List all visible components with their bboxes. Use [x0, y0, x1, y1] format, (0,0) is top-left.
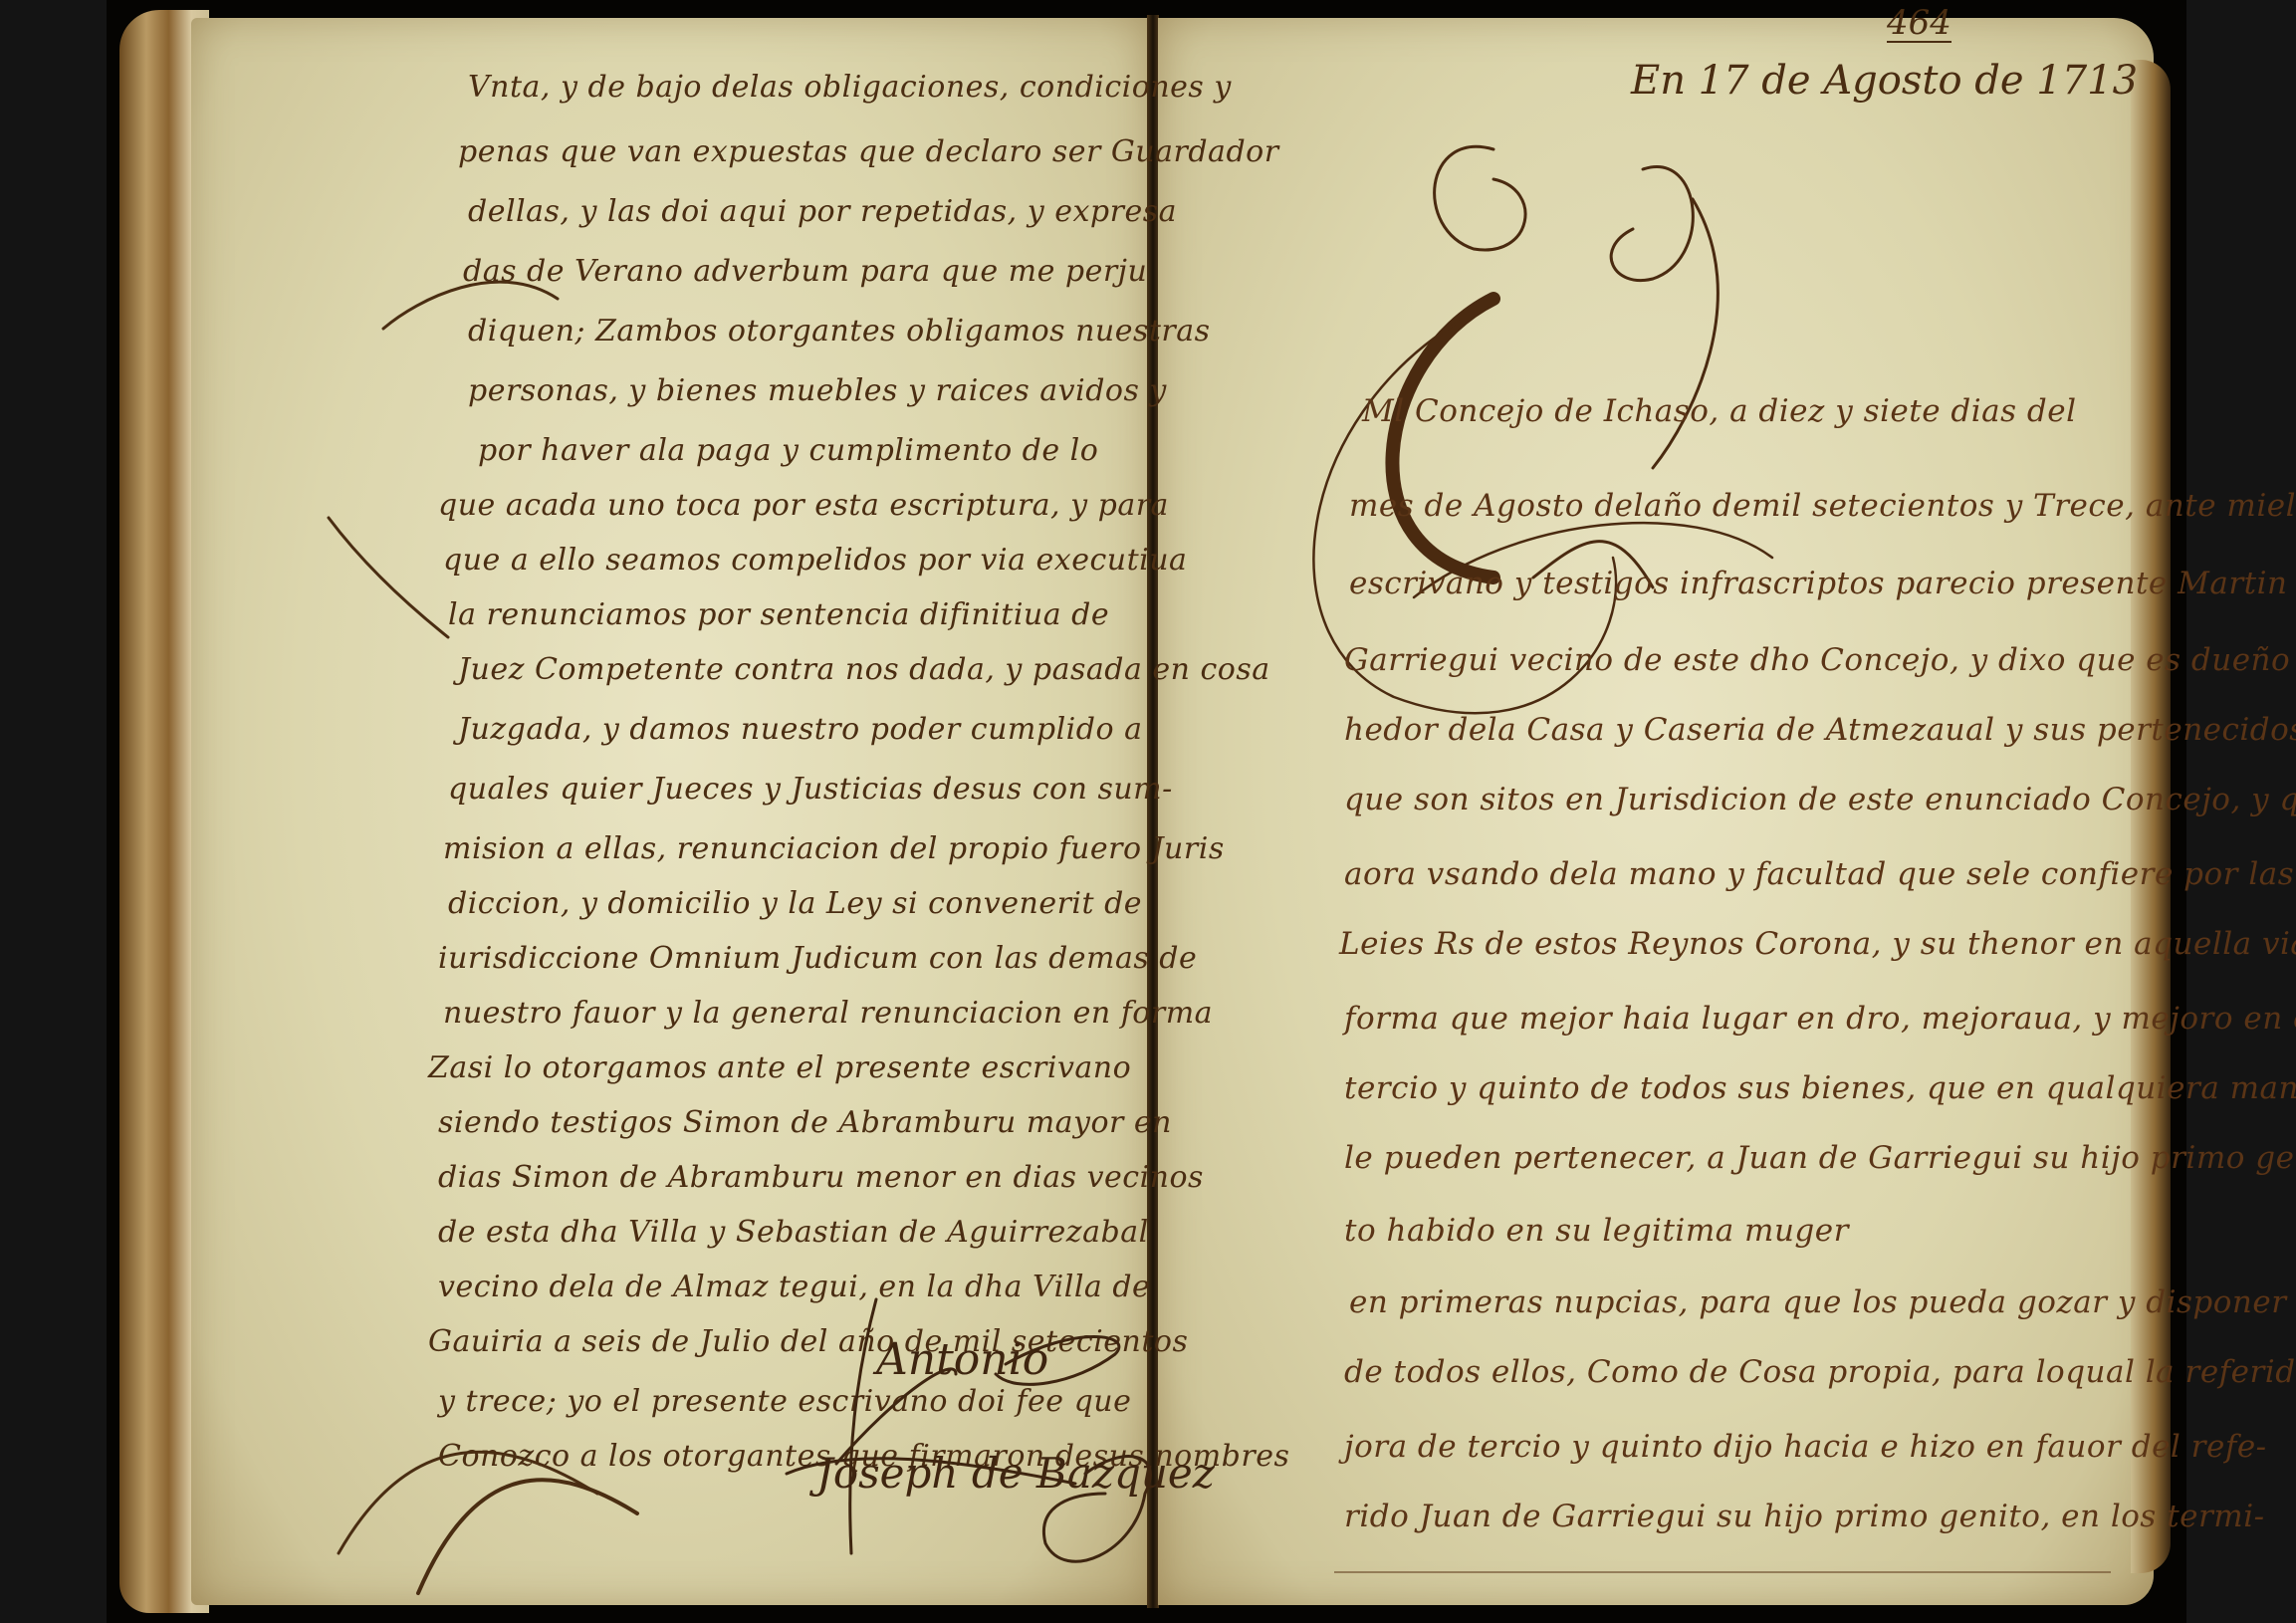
manuscript-line: to habido en su legitima muger	[1344, 1213, 1849, 1249]
signature-antonio: Antonio	[876, 1334, 1048, 1385]
manuscript-line: escrivano y testigos infrascriptos parec…	[1349, 566, 2296, 601]
manuscript-line: rido Juan de Garriegui su hijo primo gen…	[1344, 1499, 2265, 1534]
manuscript-line: en primeras nupcias, para que los pueda …	[1349, 1284, 2287, 1320]
manuscript-line: que son sitos en Jurisdicion de este enu…	[1344, 782, 2296, 817]
heading-date: En 17 de Agosto de 1713	[1631, 58, 2138, 104]
manuscript-line: hedor dela Casa y Caseria de Atmezaual y…	[1344, 712, 2296, 748]
signature-joseph: Joseph de Bazquez	[816, 1449, 1215, 1498]
manuscript-line: forma que mejor haia lugar en dro, mejor…	[1344, 1001, 2296, 1037]
manuscript-line: aora vsando dela mano y facultad que sel…	[1344, 856, 2294, 892]
manuscript-line: de todos ellos, Como de Cosa propia, par…	[1344, 1354, 2296, 1390]
manuscript-line: Ml Concejo de Ichaso, a diez y siete dia…	[1362, 393, 2077, 429]
manuscript-line: Leies Rs de estos Reynos Corona, y su th…	[1339, 926, 2296, 962]
manuscript-line: mes de Agosto delaño demil setecientos y…	[1349, 488, 2296, 524]
manuscript-line: jora de tercio y quinto dijo hacia e hiz…	[1344, 1429, 2267, 1465]
manuscript-line: tercio y quinto de todos sus bienes, que…	[1344, 1070, 2296, 1106]
manuscript-line: le pueden pertenecer, a Juan de Garriegu…	[1344, 1140, 2296, 1176]
bottom-rule	[1334, 1571, 2111, 1573]
folio-number: 464	[1887, 5, 1952, 43]
manuscript-line: Garriegui vecino de este dho Concejo, y …	[1344, 642, 2296, 678]
